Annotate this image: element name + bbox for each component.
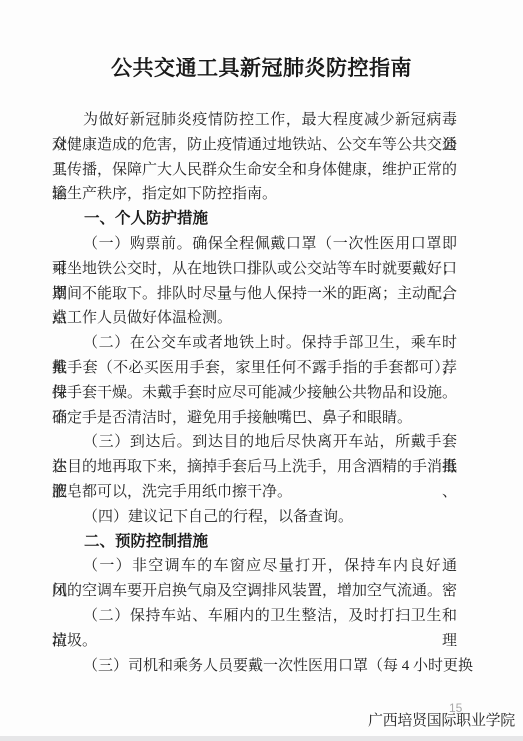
text-line: 为做好新冠肺炎疫情防控工作，最大程度减少新冠病毒对公 <box>52 108 457 133</box>
text-line: （一）非空调车的车窗应尽量打开，保持车内良好通风；密 <box>52 554 457 579</box>
paragraph: （二）在公交车或者地铁上时。保持手部卫生，乘车时推荐戴手套（不必买医用手套，家里… <box>52 331 457 430</box>
text-line: 确定手是否清洁时，避免用手接触嘴巴、鼻子和眼睛。 <box>52 406 457 431</box>
text-line: 达目的地再取下来，摘掉手套后马上洗手，用含酒精的手消毒液、 <box>52 455 457 480</box>
text-line: 闭的空调车要开启换气扇及空调排风装置，增加空气流通。 <box>52 579 457 604</box>
paragraph: （一）非空调车的车窗应尽量打开，保持车内良好通风；密闭的空调车要开启换气扇及空调… <box>52 554 457 604</box>
section-heading: 一、个人防护措施 <box>52 207 457 232</box>
text-line: 期间不能取下。排队时尽量与他人保持一米的距离；主动配合站 <box>52 282 457 307</box>
paragraph: 为做好新冠肺炎疫情防控工作，最大程度减少新冠病毒对公众健康造成的危害，防止疫情通… <box>52 108 457 207</box>
paragraph: （一）购票前。确保全程佩戴口罩（一次性医用口罩即可）；乘坐地铁公交时，从在地铁口… <box>52 232 457 331</box>
text-line: 乘坐地铁公交时，从在地铁口排队或公交站等车时就要戴好口罩， <box>52 257 457 282</box>
text-line: （四）建议记下自己的行程，以备查询。 <box>52 505 457 530</box>
bottom-edge-bar <box>0 736 523 741</box>
text-line: 众健康造成的危害，防止疫情通过地铁站、公交车等公共交通工 <box>52 133 457 158</box>
text-line: （三）司机和乘务人员要戴一次性医用口罩（每 4 小时更换 <box>52 654 457 679</box>
text-line: （三）到达后。到达目的地后尽快离开车站，所戴手套在抵 <box>52 430 457 455</box>
text-line: 输生产秩序，指定如下防控指南。 <box>52 182 457 207</box>
text-line: 持手套干燥。未戴手套时应尽可能减少接触公共物品和设施。不 <box>52 381 457 406</box>
text-line: （一）购票前。确保全程佩戴口罩（一次性医用口罩即可）； <box>52 232 457 257</box>
text-line: （二）在公交车或者地铁上时。保持手部卫生，乘车时推荐 <box>52 331 457 356</box>
document-title: 公共交通工具新冠肺炎防控指南 <box>0 52 523 82</box>
document-page: 公共交通工具新冠肺炎防控指南 为做好新冠肺炎疫情防控工作，最大程度减少新冠病毒对… <box>0 0 523 741</box>
footer-watermark: 广西培贤国际职业学院 <box>368 709 515 730</box>
paragraph: （四）建议记下自己的行程，以备查询。 <box>52 505 457 530</box>
paragraph: （三）司机和乘务人员要戴一次性医用口罩（每 4 小时更换 <box>52 654 457 679</box>
text-line: （二）保持车站、车厢内的卫生整洁，及时打扫卫生和清理 <box>52 604 457 629</box>
document-body: 为做好新冠肺炎疫情防控工作，最大程度减少新冠病毒对公众健康造成的危害，防止疫情通… <box>52 108 457 678</box>
section-heading: 二、预防控制措施 <box>52 530 457 555</box>
text-line: 点工作人员做好体温检测。 <box>52 306 457 331</box>
text-line: 具传播，保障广大人民群众生命安全和身体健康，维护正常的运 <box>52 158 457 183</box>
paragraph: （二）保持车站、车厢内的卫生整洁，及时打扫卫生和清理垃圾。 <box>52 604 457 654</box>
text-line: 戴手套（不必买医用手套，家里任何不露手指的手套都可），保 <box>52 356 457 381</box>
paragraph: （三）到达后。到达目的地后尽快离开车站，所戴手套在抵达目的地再取下来，摘掉手套后… <box>52 430 457 504</box>
